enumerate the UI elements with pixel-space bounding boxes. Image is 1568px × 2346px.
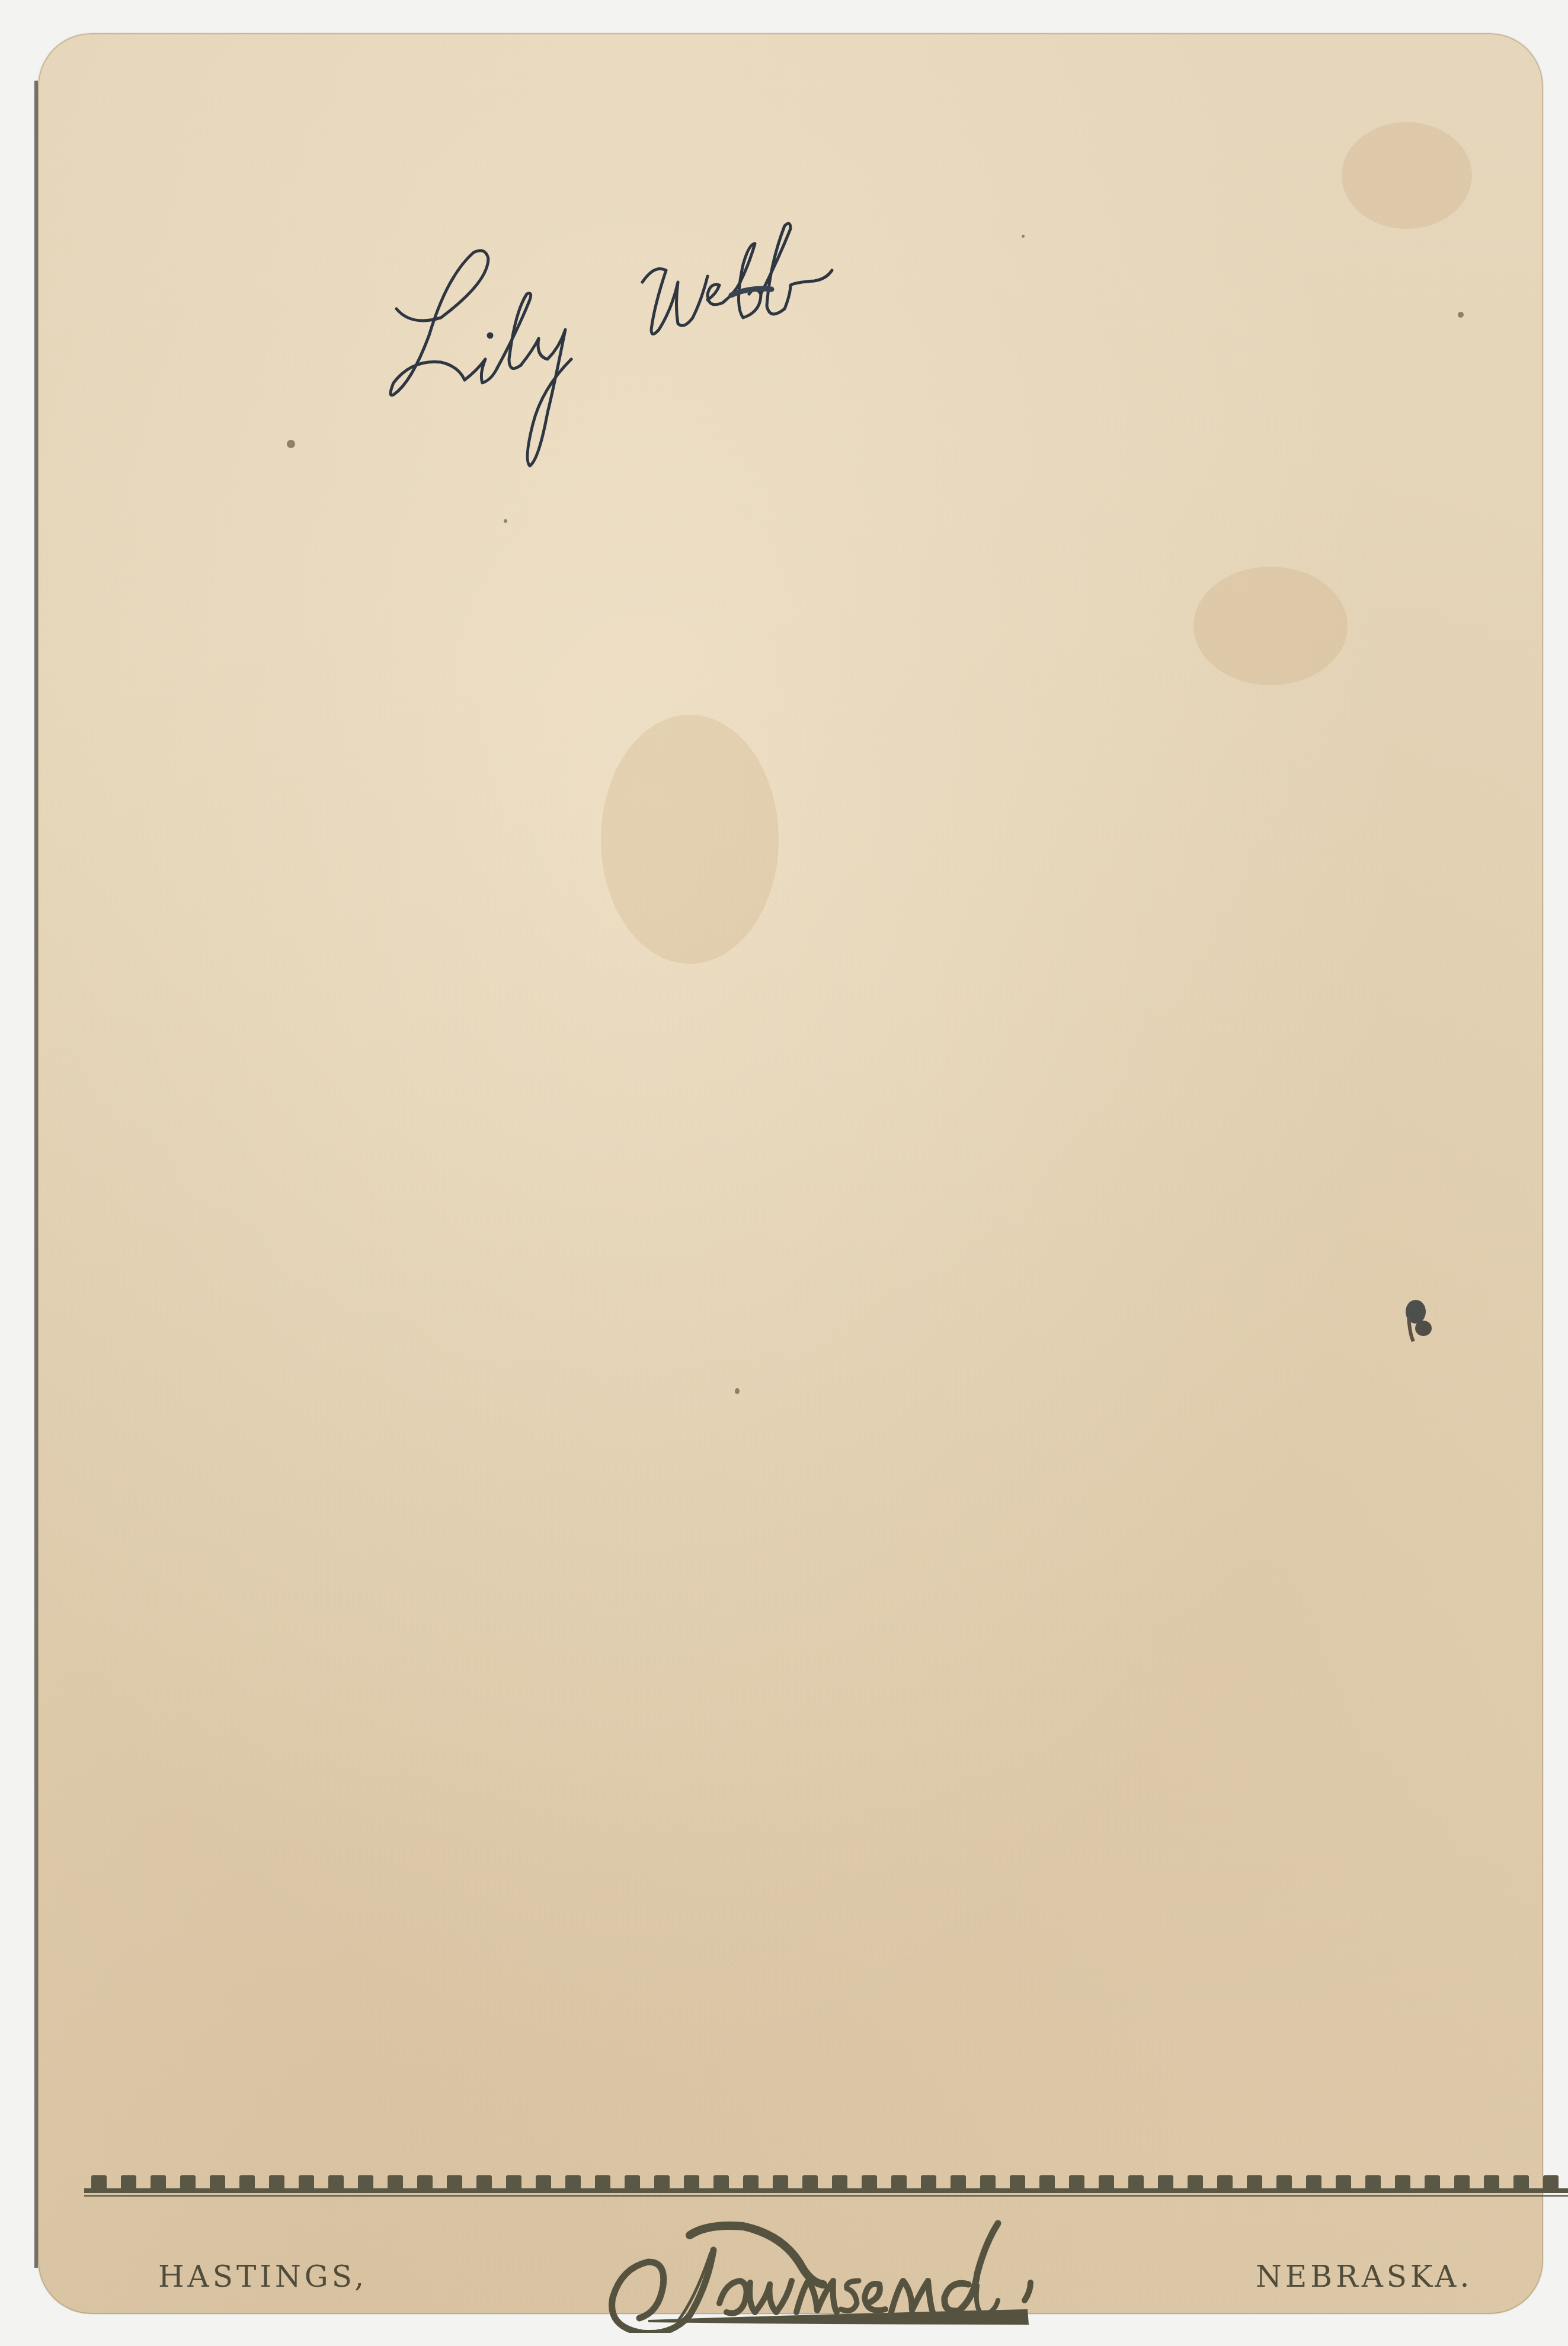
speck	[504, 519, 507, 523]
age-stain	[1342, 122, 1472, 229]
speck	[287, 440, 295, 448]
rule-line	[84, 2195, 1568, 2197]
speck	[735, 1388, 740, 1394]
imprint-state: NEBRASKA.	[1256, 2259, 1473, 2294]
signature-strokes	[376, 211, 968, 484]
age-stain	[1193, 567, 1348, 685]
studio-name-text: Townsend,	[696, 2256, 699, 2256]
cabinet-card-back: Lily Webb	[38, 33, 1543, 2314]
studio-script-logo	[589, 2214, 1075, 2333]
speck	[1458, 312, 1464, 318]
scan-background: Lily Webb	[0, 0, 1568, 2346]
handwritten-inscription: Lily Webb	[376, 211, 968, 484]
speck	[1022, 235, 1025, 238]
studio-name-script: Townsend,	[589, 2214, 1075, 2333]
age-stain	[601, 715, 779, 964]
imprint-city: HASTINGS,	[158, 2259, 367, 2294]
crenellated-border	[84, 2173, 1568, 2197]
ink-blot	[1404, 1299, 1433, 1346]
